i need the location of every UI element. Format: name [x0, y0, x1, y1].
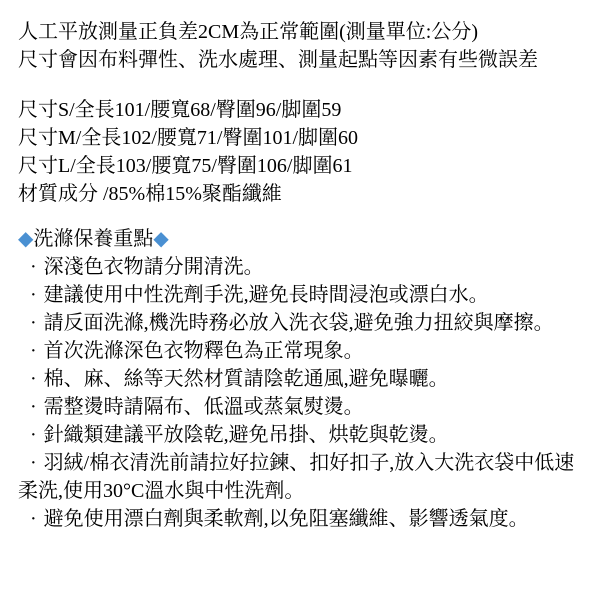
care-item: ·需整燙時請隔布、低溫或蒸氣熨燙。: [18, 393, 588, 421]
bullet-icon: ·: [30, 312, 37, 334]
size-row-s: 尺寸S/全長101/腰寬68/臀圍96/脚圍59: [18, 96, 588, 124]
size-row-l: 尺寸L/全長103/腰寬75/臀圍106/脚圍61: [18, 152, 588, 180]
care-item-text: 需整燙時請隔布、低溫或蒸氣熨燙。: [44, 396, 364, 418]
diamond-icon: ◆: [18, 228, 33, 250]
care-item: ·針織類建議平放陰乾,避免吊掛、烘乾與乾燙。: [18, 421, 588, 449]
care-item-text: 建議使用中性洗劑手洗,避免長時間浸泡或漂白水。: [44, 284, 489, 306]
size-row-m: 尺寸M/全長102/腰寬71/臀圍101/脚圍60: [18, 124, 588, 152]
care-item: ·羽絨/棉衣清洗前請拉好拉鍊、扣好扣子,放入大洗衣袋中低速柔洗,使用30°C溫水…: [18, 449, 588, 505]
care-item: ·深淺色衣物請分開清洗。: [18, 253, 588, 281]
diamond-icon: ◆: [153, 228, 168, 250]
care-item-text: 棉、麻、絲等天然材質請陰乾通風,避免曝曬。: [44, 368, 449, 390]
care-item-text: 羽絨/棉衣清洗前請拉好拉鍊、扣好扣子,放入大洗衣袋中低速柔洗,使用30°C溫水與…: [18, 452, 574, 502]
care-item-text: 避免使用漂白劑與柔軟劑,以免阻塞纖維、影響透氣度。: [44, 508, 529, 530]
bullet-icon: ·: [30, 424, 37, 446]
bullet-icon: ·: [30, 256, 37, 278]
care-item: ·棉、麻、絲等天然材質請陰乾通風,避免曝曬。: [18, 365, 588, 393]
bullet-icon: ·: [30, 368, 37, 390]
bullet-icon: ·: [30, 396, 37, 418]
measurement-note-line-1: 人工平放測量正負差2CM為正常範圍(測量單位:公分): [18, 18, 588, 46]
bullet-icon: ·: [30, 284, 37, 306]
care-item-text: 首次洗滌深色衣物釋色為正常現象。: [44, 340, 364, 362]
care-item: ·首次洗滌深色衣物釋色為正常現象。: [18, 337, 588, 365]
care-item-text: 針織類建議平放陰乾,避免吊掛、烘乾與乾燙。: [44, 424, 449, 446]
care-item: ·請反面洗滌,機洗時務必放入洗衣袋,避免強力扭絞與摩擦。: [18, 309, 588, 337]
care-heading-text: 洗滌保養重點: [33, 228, 153, 250]
bullet-icon: ·: [30, 452, 37, 474]
measurement-note: 人工平放測量正負差2CM為正常範圍(測量單位:公分) 尺寸會因布料彈性、洗水處理…: [18, 18, 588, 74]
care-item: ·建議使用中性洗劑手洗,避免長時間浸泡或漂白水。: [18, 281, 588, 309]
care-instructions: ◆洗滌保養重點◆ ·深淺色衣物請分開清洗。 ·建議使用中性洗劑手洗,避免長時間浸…: [18, 225, 588, 533]
care-heading: ◆洗滌保養重點◆: [18, 225, 588, 253]
bullet-icon: ·: [30, 340, 37, 362]
care-item: ·避免使用漂白劑與柔軟劑,以免阻塞纖維、影響透氣度。: [18, 505, 588, 533]
material-composition: 材質成分 /85%棉15%聚酯纖維: [18, 180, 588, 208]
size-chart: 尺寸S/全長101/腰寬68/臀圍96/脚圍59 尺寸M/全長102/腰寬71/…: [18, 96, 588, 208]
care-item-text: 深淺色衣物請分開清洗。: [44, 256, 264, 278]
product-description: 人工平放測量正負差2CM為正常範圍(測量單位:公分) 尺寸會因布料彈性、洗水處理…: [0, 0, 600, 533]
bullet-icon: ·: [30, 508, 37, 530]
measurement-note-line-2: 尺寸會因布料彈性、洗水處理、測量起點等因素有些微誤差: [18, 46, 588, 74]
care-item-text: 請反面洗滌,機洗時務必放入洗衣袋,避免強力扭絞與摩擦。: [44, 312, 554, 334]
